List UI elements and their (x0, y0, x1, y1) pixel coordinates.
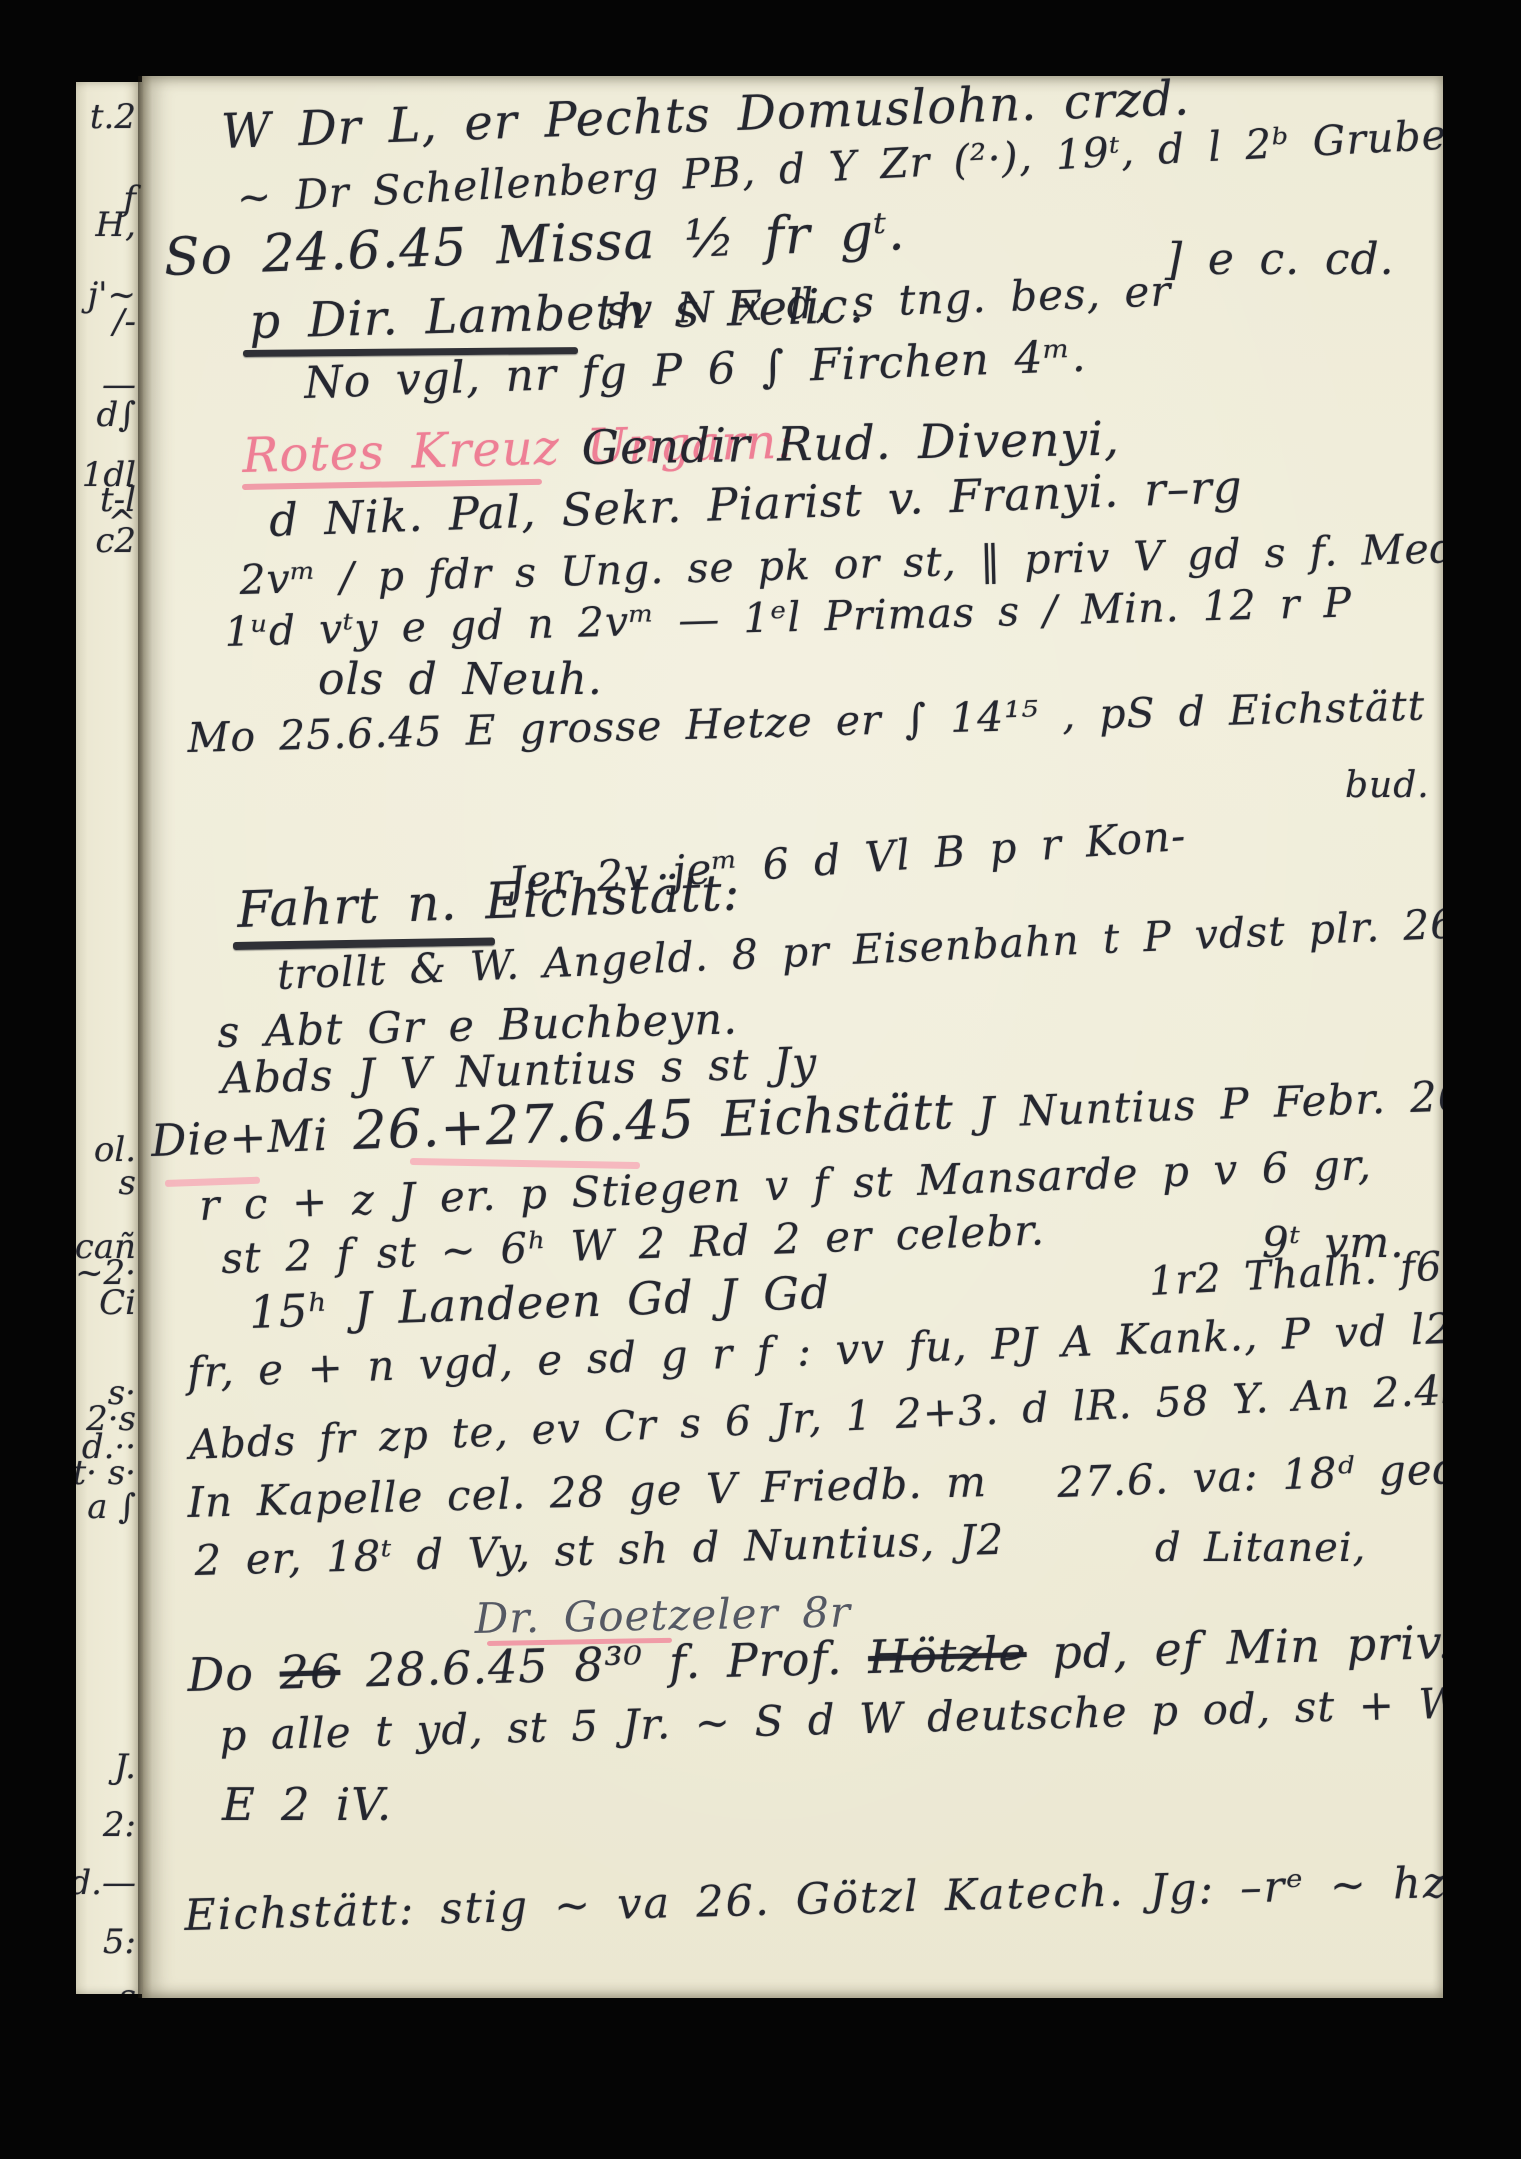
weekday-label: Die+Mi (150, 1109, 354, 1167)
margin-fragment: Ci (99, 1286, 136, 1320)
manuscript-line: d Litanei, (1155, 1528, 1366, 1568)
margin-fragment: J. (114, 1750, 136, 1784)
manuscript-line: In Kapelle cel. 28 ge V Friedb. m (187, 1461, 988, 1524)
manuscript-line: Eichstätt: stig ~ va 26. Götzl Katech. J… (184, 1858, 1443, 1938)
manuscript-line: sv N x d, s tng. bes, er (606, 270, 1173, 332)
manuscript-line: 1r2 Thalh. f6 ]² (1148, 1244, 1443, 1302)
manuscript-line: pd, ef Min priv. 12ᵉ (1026, 1612, 1443, 1680)
manuscript-line: ols d Neuh. (318, 658, 603, 702)
margin-fragment: d∫ (97, 398, 136, 432)
manuscript-line: J Nuntius P Febr. 26 (953, 1071, 1443, 1138)
margin-fragment: a ∫ (87, 1490, 136, 1524)
manuscript-line: E 2 iV. (222, 1782, 392, 1827)
facing-page-edge: t.2 f H, j'~ /- — d∫ 1dl t-l ^ c2 ol. s … (76, 82, 142, 1994)
place-eichstaett: Eichstätt (694, 1083, 955, 1149)
scanned-diary-page: t.2 f H, j'~ /- — d∫ 1dl t-l ^ c2 ol. s … (0, 0, 1521, 2159)
margin-fragment: t.2 (90, 100, 136, 134)
margin-fragment: H, (96, 208, 136, 242)
margin-fragment: c2 (95, 524, 136, 558)
date-numerals: 28.6.45 8³⁰ f. Prof. (340, 1630, 869, 1698)
margin-fragment: 5: (103, 1925, 136, 1959)
manuscript-line: 27.6. va: 18ᵈ ged (1057, 1448, 1443, 1504)
margin-fragment: d.— (76, 1866, 136, 1900)
manuscript-line: Jer 2v jeᵐ 6 d Vl B p r Kon- (507, 815, 1187, 904)
margin-fragment: /- (113, 305, 136, 339)
manuscript-line: ] e c. cd. (1165, 238, 1395, 282)
manuscript-line: 2 er, 18ᵗ d Vy, st sh d Nuntius, J2 (194, 1519, 1005, 1582)
margin-fragment: s (119, 1166, 136, 1200)
struck-name-hoetzle: Hötzle (867, 1626, 1027, 1684)
struck-text: 26 (279, 1644, 341, 1700)
margin-fragment: t· s· (76, 1456, 136, 1490)
margin-fragment: s (119, 1980, 136, 1994)
manuscript-line: Gendir Rud. Divenyi, (581, 416, 1120, 472)
diary-page: W Dr L, er Pechts Domuslohn. crzd. ~ Dr … (142, 76, 1443, 1998)
weekday-label: Do (187, 1646, 281, 1702)
margin-fragment: 2: (103, 1808, 136, 1842)
margin-fragment: ol. (94, 1133, 136, 1167)
manuscript-line: 15ʰ J Landeen Gd J Gd (248, 1270, 830, 1335)
date-numerals: 26.+27.6.45 (352, 1089, 696, 1162)
manuscript-line: bud. (1345, 768, 1430, 804)
